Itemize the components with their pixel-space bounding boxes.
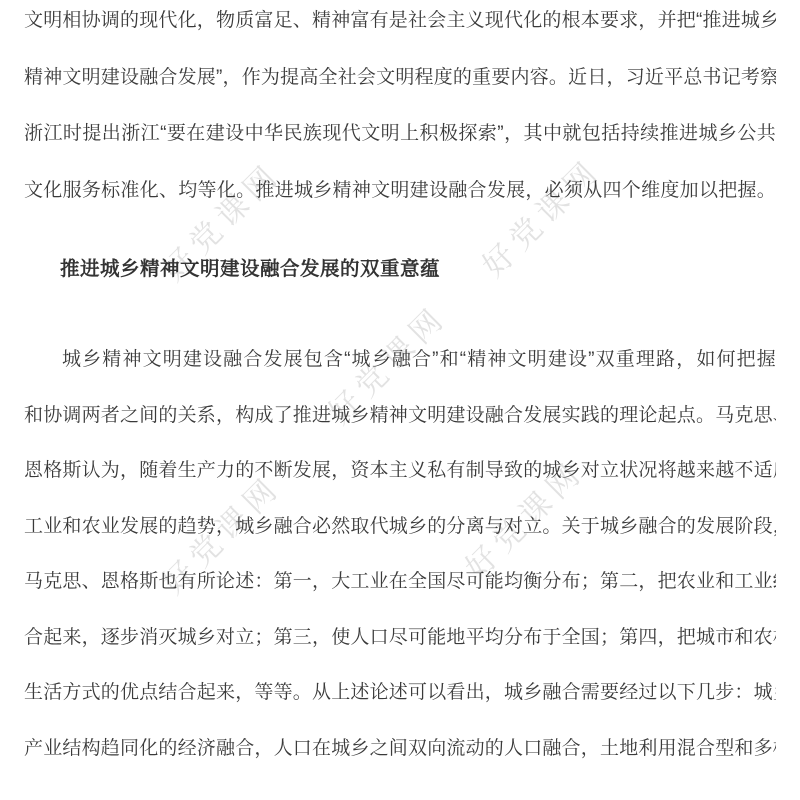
document-page: 好党课网 好党课网 好党课网 好党课网 好党课网 文明相协调的现代化，物质富足、… [0,0,800,800]
text-line: 文化服务标准化、均等化。推进城乡精神文明建设融合发展，必须从四个维度加以把握。 [24,163,776,220]
text-line: 马克思、恩格斯也有所论述：第一，大工业在全国尽可能均衡分布；第二，把农业和工业结 [24,554,776,610]
text-line: 恩格斯认为，随着生产力的不断发展，资本主义私有制导致的城乡对立状况将越来越不适应 [24,443,776,499]
text-line: 文明相协调的现代化，物质富足、精神富有是社会主义现代化的根本要求，并把“推进城乡 [24,0,776,50]
paragraph-1: 文明相协调的现代化，物质富足、精神富有是社会主义现代化的根本要求，并把“推进城乡… [24,0,776,219]
text-line: 产业结构趋同化的经济融合，人口在城乡之间双向流动的人口融合，土地利用混合型和多样 [24,721,776,777]
text-line: 和协调两者之间的关系，构成了推进城乡精神文明建设融合发展实践的理论起点。马克思、 [24,388,776,444]
text-line: 城乡精神文明建设融合发展包含“城乡融合”和“精神文明建设”双重理路，如何把握 [24,332,776,388]
text-line: 生活方式的优点结合起来，等等。从上述论述可以看出，城乡融合需要经过以下几步：城乡 [24,665,776,721]
text-line: 浙江时提出浙江“要在建设中华民族现代文明上积极探索”，其中就包括持续推进城乡公共 [24,106,776,163]
section-heading: 推进城乡精神文明建设融合发展的双重意蕴 [24,241,776,298]
paragraph-2: 城乡精神文明建设融合发展包含“城乡融合”和“精神文明建设”双重理路，如何把握 和… [24,332,776,776]
text-line: 合起来，逐步消灭城乡对立；第三，使人口尽可能地平均分布于全国；第四，把城市和农村 [24,610,776,666]
text-line: 工业和农业发展的趋势，城乡融合必然取代城乡的分离与对立。关于城乡融合的发展阶段， [24,499,776,555]
text-line: 精神文明建设融合发展”，作为提高全社会文明程度的重要内容。近日，习近平总书记考察 [24,50,776,107]
